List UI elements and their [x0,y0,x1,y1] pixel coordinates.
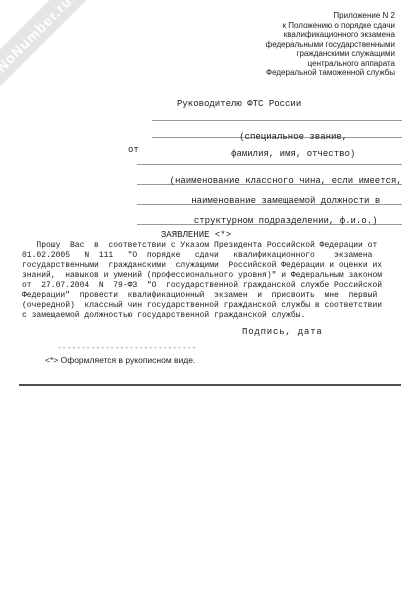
document-page: NoNumber.ru Приложение N 2 к Положению о… [0,0,420,600]
appendix-reference-line: центрального аппарата [266,59,395,69]
addressee-line: Руководителю ФТС России [177,99,301,109]
appendix-reference-line: Приложение N 2 [266,11,395,21]
appendix-reference-line: федеральными государственными [266,40,395,50]
footnote-separator: ----------------------------- [57,344,196,354]
footnote-text: <*> Оформляется в рукописном виде. [45,355,195,365]
form-field-special-rank: (специальное звание, [152,120,402,137]
watermark-band: NoNumber.ru [0,0,128,128]
bottom-rule [19,384,401,386]
field-caption: наименование замещаемой должности в [191,196,380,206]
field-caption: (наименование классного чина, если имеет… [170,176,402,186]
field-caption: структурном подразделении, ф.и.о.) [194,216,378,226]
signature-date-hint: Подпись, дата [242,327,323,337]
form-fields: (специальное звание, фамилия, имя, отчес… [137,120,402,225]
statement-body: Прошу Вас в соответствии с Указом Презид… [22,241,382,321]
appendix-reference-line: квалификационного экзамена [266,30,395,40]
from-label: от [128,145,139,155]
field-caption: фамилия, имя, отчество) [231,149,355,159]
appendix-reference: Приложение N 2 к Положению о порядке сда… [266,11,395,78]
field-caption: (специальное звание, [239,132,347,142]
appendix-reference-line: Федеральной таможенной службы [266,68,395,78]
appendix-reference-line: гражданскими служащими [266,49,395,59]
statement-title: ЗАЯВЛЕНИЕ <*> [0,230,392,240]
appendix-reference-line: к Положению о порядке сдачи [266,21,395,31]
watermark-text: NoNumber.ru [0,0,75,75]
